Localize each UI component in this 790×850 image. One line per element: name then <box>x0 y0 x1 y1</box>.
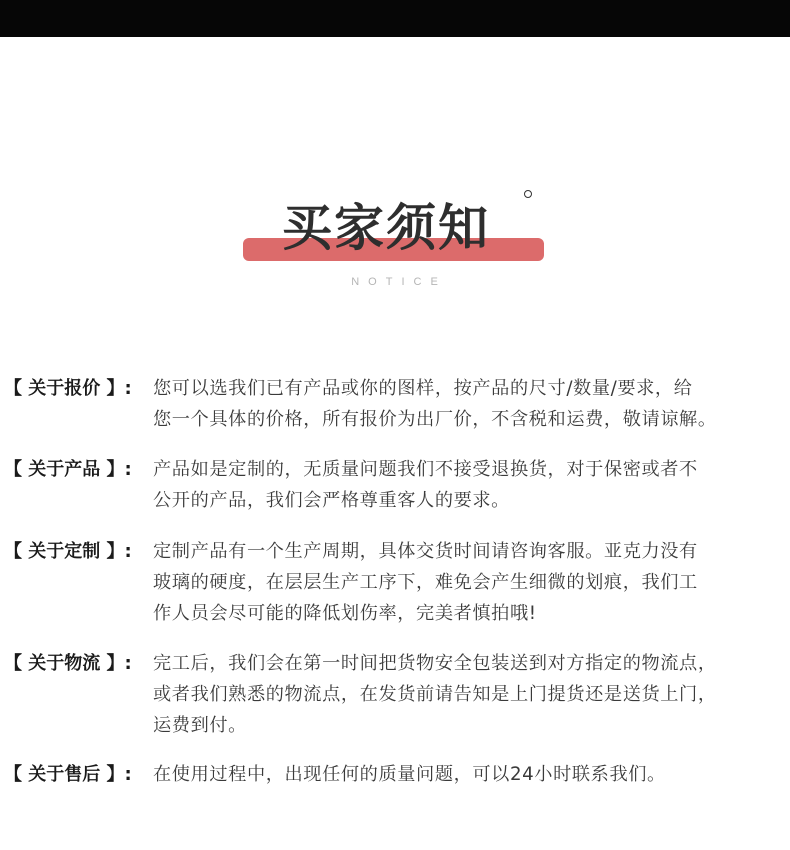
notice-line: 作人员会尽可能的降低划伤率，完美者慎拍哦! <box>153 598 783 629</box>
notice-label: 【 关于物流 】: <box>0 648 153 679</box>
notice-item-product: 【 关于产品 】: 产品如是定制的，无质量问题我们不接受退换货，对于保密或者不 … <box>0 454 783 516</box>
notice-line: 您一个具体的价格，所有报价为出厂价，不含税和运费，敬请谅解。 <box>153 404 783 435</box>
notice-header: 买家须知 NOTICE <box>0 0 790 300</box>
notice-label: 【 关于产品 】: <box>0 454 153 485</box>
notice-label: 【 关于售后 】: <box>0 759 153 790</box>
notice-text: 您可以选我们已有产品或你的图样，按产品的尺寸/数量/要求，给 您一个具体的价格，… <box>153 373 783 435</box>
notice-text: 完工后，我们会在第一时间把货物安全包装送到对方指定的物流点， 或者我们熟悉的物流… <box>153 648 783 741</box>
notice-text: 在使用过程中，出现任何的质量问题，可以24小时联系我们。 <box>153 759 783 790</box>
notice-line: 您可以选我们已有产品或你的图样，按产品的尺寸/数量/要求，给 <box>153 373 783 404</box>
notice-text: 定制产品有一个生产周期，具体交货时间请咨询客服。亚克力没有 玻璃的硬度，在层层生… <box>153 536 783 629</box>
notice-line: 或者我们熟悉的物流点，在发货前请告知是上门提货还是送货上门， <box>153 679 783 710</box>
page-title: 买家须知 <box>282 198 522 258</box>
notice-item-logistics: 【 关于物流 】: 完工后，我们会在第一时间把货物安全包装送到对方指定的物流点，… <box>0 648 783 741</box>
decorative-circle-icon <box>524 190 532 198</box>
notice-line: 玻璃的硬度，在层层生产工序下，难免会产生细微的划痕，我们工 <box>153 567 783 598</box>
notice-line: 在使用过程中，出现任何的质量问题，可以24小时联系我们。 <box>153 759 783 790</box>
notice-label: 【 关于报价 】: <box>0 373 153 404</box>
notice-item-after-sales: 【 关于售后 】: 在使用过程中，出现任何的质量问题，可以24小时联系我们。 <box>0 759 783 790</box>
page-subtitle: NOTICE <box>0 276 790 288</box>
notice-line: 完工后，我们会在第一时间把货物安全包装送到对方指定的物流点， <box>153 648 783 679</box>
notice-label: 【 关于定制 】: <box>0 536 153 567</box>
notice-line: 产品如是定制的，无质量问题我们不接受退换货，对于保密或者不 <box>153 454 783 485</box>
notice-item-pricing: 【 关于报价 】: 您可以选我们已有产品或你的图样，按产品的尺寸/数量/要求，给… <box>0 373 783 435</box>
notice-line: 定制产品有一个生产周期，具体交货时间请咨询客服。亚克力没有 <box>153 536 783 567</box>
notice-item-customization: 【 关于定制 】: 定制产品有一个生产周期，具体交货时间请咨询客服。亚克力没有 … <box>0 536 783 629</box>
notice-line: 公开的产品，我们会严格尊重客人的要求。 <box>153 485 783 516</box>
notice-line: 运费到付。 <box>153 710 783 741</box>
notice-text: 产品如是定制的，无质量问题我们不接受退换货，对于保密或者不 公开的产品，我们会严… <box>153 454 783 516</box>
